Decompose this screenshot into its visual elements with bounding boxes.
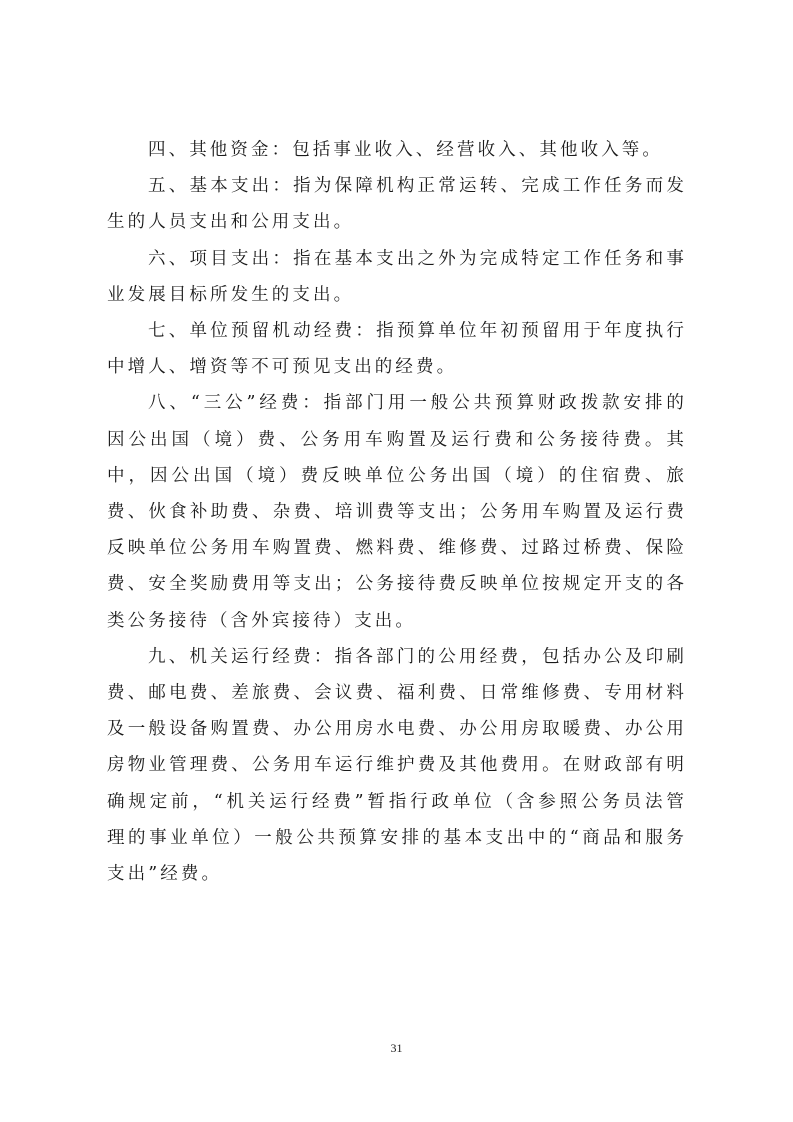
document-body: 四、其他资金：包括事业收入、经营收入、其他收入等。 五、基本支出：指为保障机构正… [107,132,687,892]
page-number: 31 [0,1041,793,1056]
paragraph-operating-expenses: 九、机关运行经费：指各部门的公用经费，包括办公及印刷费、邮电费、差旅费、会议费、… [107,639,687,892]
paragraph-basic-expenditure: 五、基本支出：指为保障机构正常运转、完成工作任务而发生的人员支出和公用支出。 [107,168,687,240]
paragraph-three-public-expenses: 八、“三公”经费：指部门用一般公共预算财政拨款安排的因公出国（境）费、公务用车购… [107,385,687,638]
paragraph-reserve-funds: 七、单位预留机动经费：指预算单位年初预留用于年度执行中增人、增资等不可预见支出的… [107,313,687,385]
paragraph-project-expenditure: 六、项目支出：指在基本支出之外为完成特定工作任务和事业发展目标所发生的支出。 [107,241,687,313]
paragraph-other-funds: 四、其他资金：包括事业收入、经营收入、其他收入等。 [107,132,687,168]
